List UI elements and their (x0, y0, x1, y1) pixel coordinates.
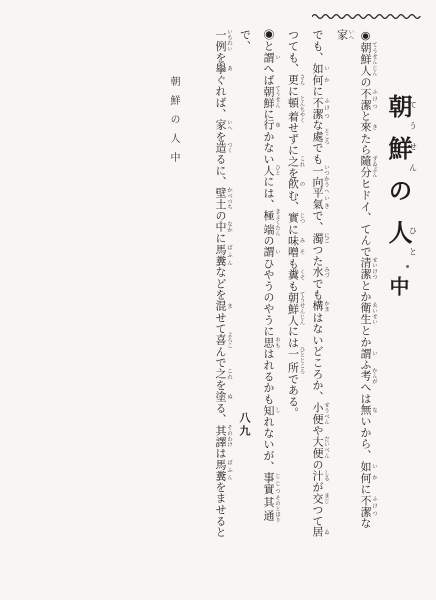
page-number: 八九 (236, 412, 252, 438)
text-line: ◉朝鮮人てうせんじんの不潔ふけつと來きたら隨分ずゐぶんヒドイ、てんで清潔せいけつ… (329, 29, 377, 539)
text-line: でも、如何いかに不潔ふけつな處ところでも一向いつかう平氣へいきで、濁にごつた水み… (305, 29, 330, 539)
page-title-part-label: 中 (381, 276, 413, 296)
text-line: つても、更さらに頓着とんちやくせずに之これを飮のむ、實じつに味噌みそも糞くそも朝… (280, 29, 305, 539)
wavy-rule-decoration (312, 12, 421, 21)
running-title: 朝鮮の人中 (166, 76, 181, 171)
page-title: 朝てう鮮せんの人ひと中 (381, 94, 417, 296)
text-line: ◉と謂いへば朝鮮てうせんに行ゆかない人ひとには、極端きよくたんの謂いひやうのやう… (232, 29, 280, 539)
text-line: 一例いちれいを擧あぐれば、家いへを造つくるに、壁土かべつちの中なかに馬糞ばふんな… (208, 29, 233, 539)
body-text: ◉朝鮮人てうせんじんの不潔ふけつと來きたら隨分ずゐぶんヒドイ、てんで清潔せいけつ… (208, 29, 378, 539)
book-page: 朝てう鮮せんの人ひと中 ◉朝鮮人てうせんじんの不潔ふけつと來きたら隨分ずゐぶんヒ… (0, 0, 436, 600)
page-title-text: 朝てう鮮せんの人ひと (384, 94, 410, 262)
ink-speck (406, 265, 409, 268)
